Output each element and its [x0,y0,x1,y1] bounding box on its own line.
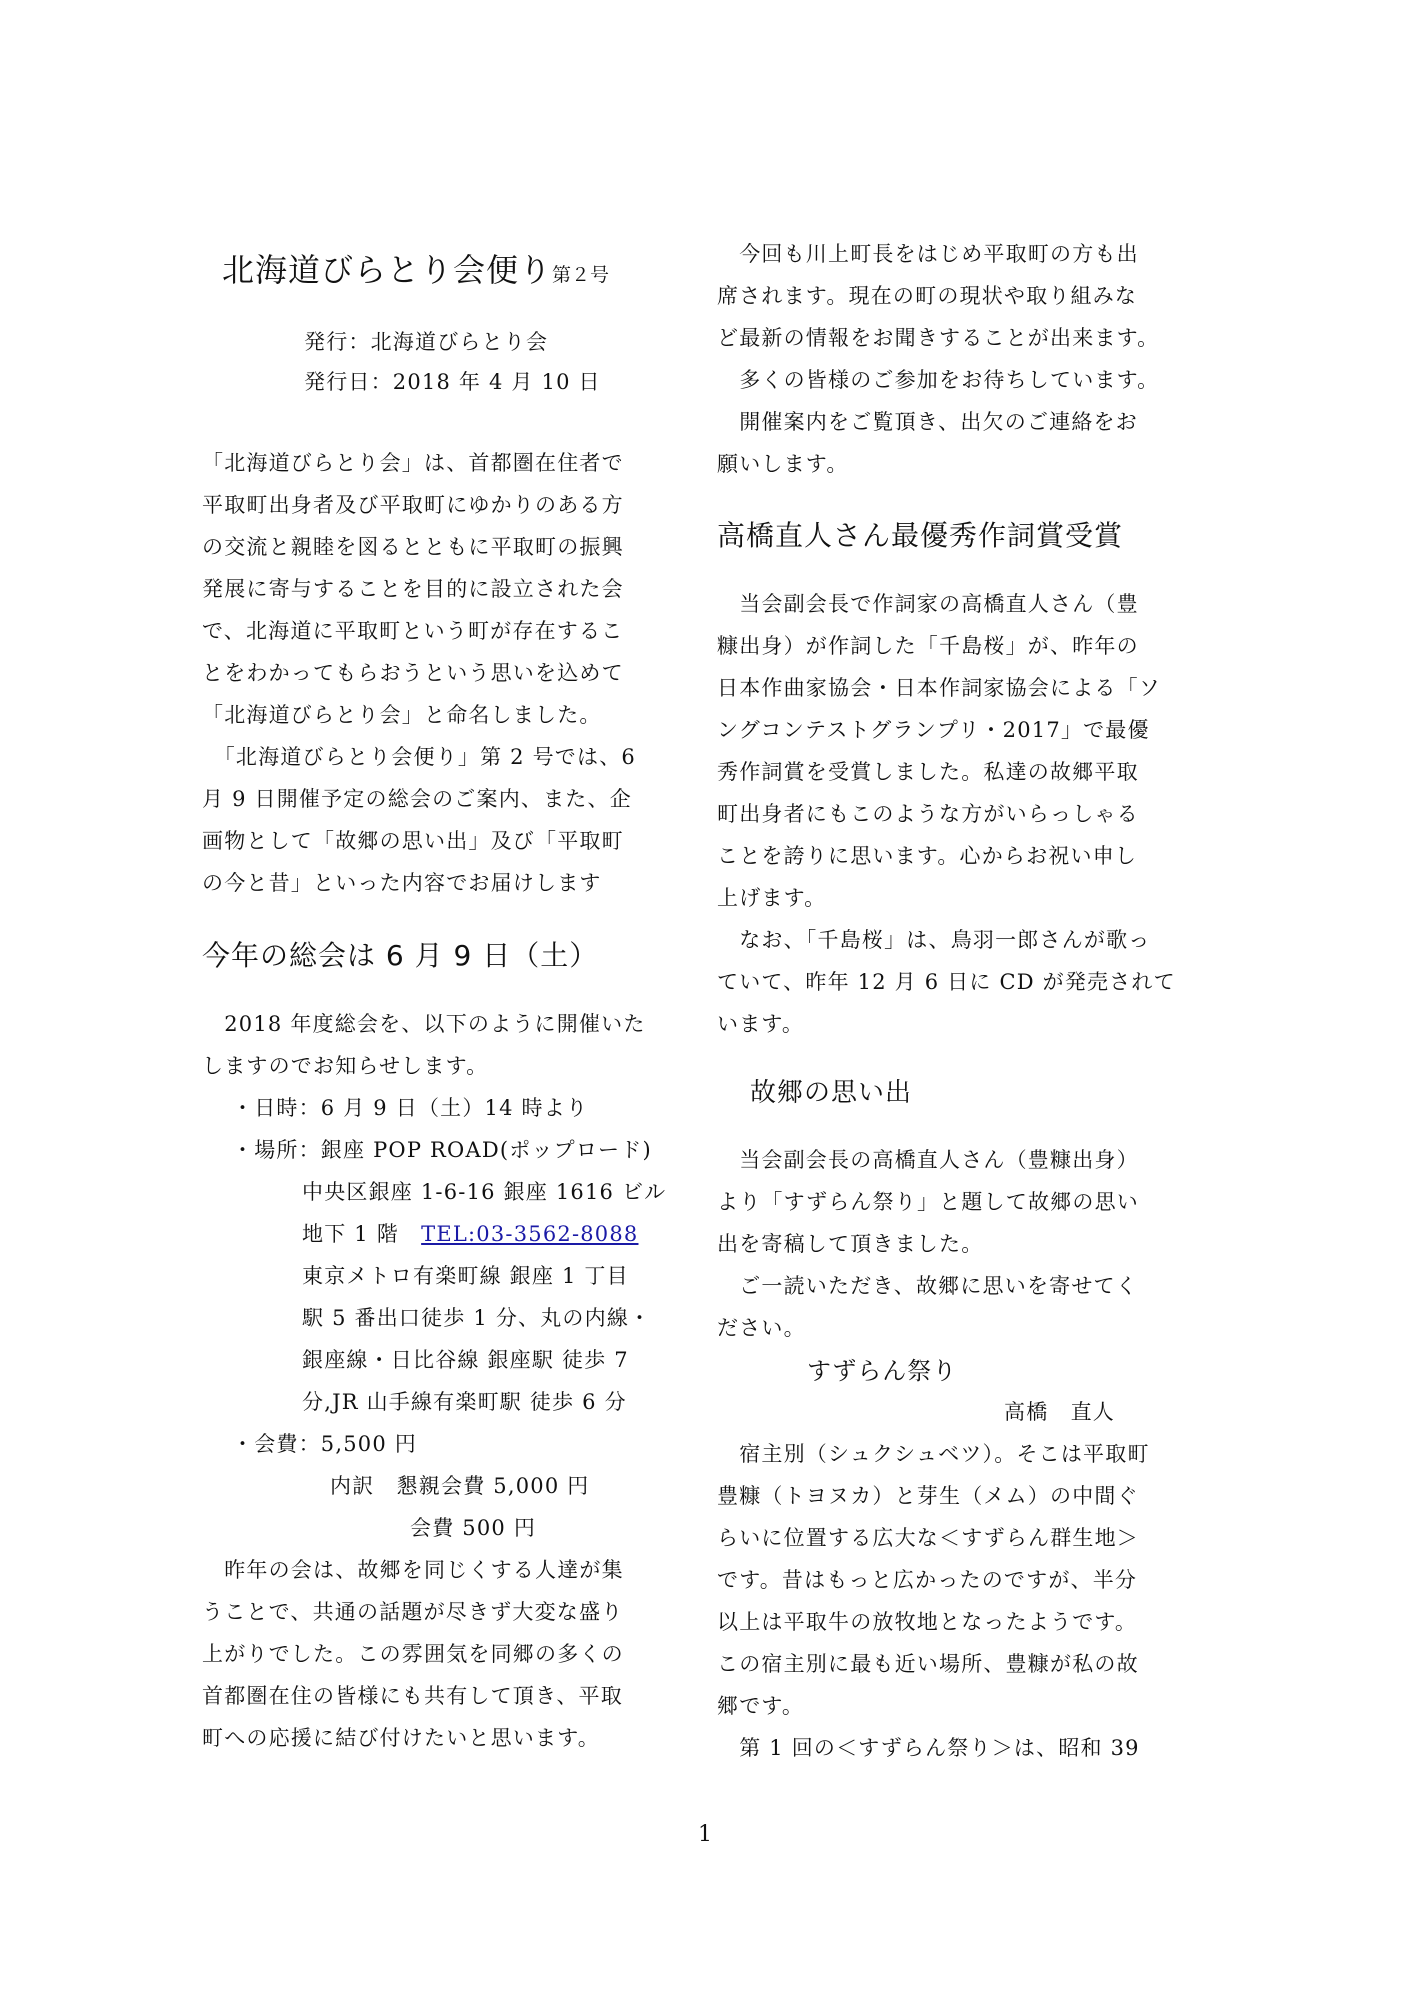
venue-floor: 地下 1 階 TEL:03-3562-8088 [302,1220,638,1248]
intro-line: の交流と親睦を図るとともに平取町の振興 [202,533,624,561]
memories-line: ご一読いただき、故郷に思いを寄せてく [717,1272,1138,1300]
intro-line: 発展に寄与することを目的に設立された会 [202,575,624,603]
intro-line: で、北海道に平取町という町が存在するこ [202,617,623,645]
closing-line: うことで、共通の話題が尽きず大変な盛り [202,1598,623,1626]
essay-line: 豊糠（トヨヌカ）と芽生（メム）の中間ぐ [717,1482,1139,1510]
essay-line: この宿主別に最も近い場所、豊糠が私の故 [717,1650,1139,1678]
award-line: 上げます。 [717,884,826,912]
award-heading: 高橋直人さん最優秀作詞賞受賞 [717,518,1123,554]
intro-line: 月 9 日開催予定の総会のご案内、また、企 [202,785,632,813]
invite-line: 席されます。現在の町の現状や取り組みな [717,282,1137,310]
memories-line: より「すずらん祭り」と題して故郷の思い [717,1188,1139,1216]
intro-line: の今と昔」といった内容でお届けします [202,869,602,897]
meeting-intro-line: しますのでお知らせします。 [202,1052,488,1080]
award-line: 秀作詞賞を受賞しました。私達の故郷平取 [717,758,1139,786]
essay-line: 郷です。 [717,1692,804,1720]
fee-breakdown: 内訳 懇親会費 5,000 円 [330,1472,589,1500]
meeting-venue: ・場所：銀座 POP ROAD(ポップロード) [232,1136,652,1164]
essay-line: です。昔はもっと広かったのですが、半分 [717,1566,1137,1594]
venue-address: 中央区銀座 1-6-16 銀座 1616 ビル [302,1178,666,1206]
essay-line: 宿主別（シュクシュベツ）。そこは平取町 [717,1440,1150,1468]
award-line: ことを誇りに思います。心からお祝い申し [717,842,1137,870]
award-line: ングコンテストグランプリ・2017」で最優 [717,716,1150,744]
newsletter-page: 北海道びらとり会便り第２号 発行：北海道びらとり会 発行日：2018 年 4 月… [0,0,1414,2000]
access-line: 銀座線・日比谷線 銀座駅 徒歩 7 [302,1346,629,1374]
closing-line: 上がりでした。この雰囲気を同郷の多くの [202,1640,624,1668]
essay-title: すずらん祭り [807,1354,957,1388]
award-line: 町出身者にもこのような方がいらっしゃる [717,800,1139,828]
page-number: 1 [698,1822,712,1847]
memories-line: ださい。 [717,1314,806,1342]
invite-line: ど最新の情報をお聞きすることが出来ます。 [717,324,1159,352]
memories-line: 当会副会長の高橋直人さん（豊糠出身） [717,1146,1139,1174]
invite-line: 今回も川上町長をはじめ平取町の方も出 [717,240,1139,268]
access-line: 分,JR 山手線有楽町駅 徒歩 6 分 [302,1388,627,1416]
award-line: なお、「千島桜」は、鳥羽一郎さんが歌っ [717,926,1151,954]
intro-line: 画物として「故郷の思い出」及び「平取町 [202,827,624,855]
meeting-heading: 今年の総会は 6 月 9 日（土） [202,938,598,974]
invite-line: 多くの皆様のご参加をお待ちしています。 [717,366,1159,394]
award-line: 日本作曲家協会・日本作詞家協会による「ソ [717,674,1161,702]
invite-line: 開催案内をご覧頂き、出欠のご連絡をお [717,408,1138,436]
fee-breakdown: 会費 500 円 [410,1514,536,1542]
access-line: 駅 5 番出口徒歩 1 分、丸の内線・ [302,1304,651,1332]
award-line: 糠出身）が作詞した「千島桜」が、昨年の [717,632,1139,660]
publisher: 発行：北海道びらとり会 [304,328,548,356]
closing-line: 首都圏在住の皆様にも共有して頂き、平取 [202,1682,623,1710]
tel-link[interactable]: TEL:03-3562-8088 [421,1222,638,1246]
award-line: 当会副会長で作詞家の高橋直人さん（豊 [717,590,1139,618]
memories-heading: 故郷の思い出 [750,1076,912,1110]
intro-line: 平取町出身者及び平取町にゆかりのある方 [202,491,624,519]
intro-line: 「北海道びらとり会」と命名しました。 [202,701,602,729]
invite-line: 願いします。 [717,450,849,478]
access-line: 東京メトロ有楽町線 銀座 1 丁目 [302,1262,629,1290]
essay-author: 高橋 直人 [1004,1398,1115,1426]
meeting-datetime: ・日時：6 月 9 日（土）14 時より [232,1094,588,1122]
issue-number: 第２号 [552,264,609,286]
meeting-fee: ・会費：5,500 円 [232,1430,417,1458]
award-line: います。 [717,1010,804,1038]
closing-line: 昨年の会は、故郷を同じくする人達が集 [202,1556,624,1584]
intro-line: とをわかってもらおうという思いを込めて [202,659,624,687]
award-line: ていて、昨年 12 月 6 日に CD が発売されて [717,968,1176,996]
newsletter-title: 北海道びらとり会便り第２号 [222,250,609,295]
essay-line: 第 1 回の＜すずらん祭り＞は、昭和 39 [717,1734,1140,1762]
meeting-intro-line: 2018 年度総会を、以下のように開催いた [202,1010,646,1038]
closing-line: 町への応援に結び付けたいと思います。 [202,1724,600,1752]
essay-line: 以上は平取牛の放牧地となったようです。 [717,1608,1137,1636]
memories-line: 出を寄稿して頂きました。 [717,1230,983,1258]
publish-date: 発行日：2018 年 4 月 10 日 [304,368,601,396]
essay-line: らいに位置する広大な＜すずらん群生地＞ [717,1524,1139,1552]
intro-line: 「北海道びらとり会便り」第 2 号では、6 [202,743,636,771]
intro-line: 「北海道びらとり会」は、首都圏在住者で [202,449,624,477]
